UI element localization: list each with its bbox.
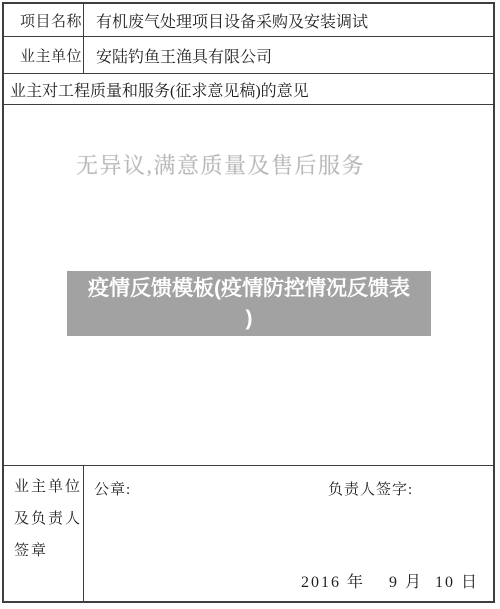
signature-content-cell: 公章: 负责人签字: 2016 年 9 月 10 日 [84,466,493,601]
opinion-header-text: 业主对工程质量和服务(征求意见稿)的意见 [10,78,309,101]
opinion-header-row: 业主对工程质量和服务(征求意见稿)的意见 [4,74,493,105]
signature-label-line1: 业主单位 [14,471,83,503]
owner-unit-row: 业主单位 安陆钓鱼王渔具有限公司 [4,37,493,74]
signature-row: 业主单位 及负责人 签章 公章: 负责人签字: 2016 年 9 月 10 日 [4,466,493,601]
responsible-person-signature-label: 负责人签字: [328,478,413,499]
watermark-banner: 疫情反馈模板(疫情防控情况反馈表 ) [67,271,431,336]
project-name-row: 项目名称 有机废气处理项目设备采购及安装调试 [4,4,493,37]
owner-unit-label: 业主单位 [4,37,84,73]
signature-row-label: 业主单位 及负责人 签章 [4,466,84,601]
project-name-label: 项目名称 [4,4,84,36]
signature-label-line3: 签章 [14,535,83,567]
feedback-form-table: 项目名称 有机废气处理项目设备采购及安装调试 业主单位 安陆钓鱼王渔具有限公司 … [2,2,495,603]
opinion-body-cell: 无异议,满意质量及售后服务 疫情反馈模板(疫情防控情况反馈表 ) [4,105,493,466]
watermark-banner-line2: ) [67,304,431,334]
watermark-banner-line1: 疫情反馈模板(疫情防控情况反馈表 [67,274,431,304]
owner-unit-value: 安陆钓鱼王渔具有限公司 [84,37,493,73]
opinion-response-text: 无异议,满意质量及售后服务 [76,149,365,180]
signature-label-line2: 及负责人 [14,503,83,535]
scanned-document-page: 项目名称 有机废气处理项目设备采购及安装调试 业主单位 安陆钓鱼王渔具有限公司 … [0,0,500,609]
official-seal-label: 公章: [94,478,131,499]
project-name-value: 有机废气处理项目设备采购及安装调试 [84,4,493,36]
signature-date: 2016 年 9 月 10 日 [301,569,479,592]
